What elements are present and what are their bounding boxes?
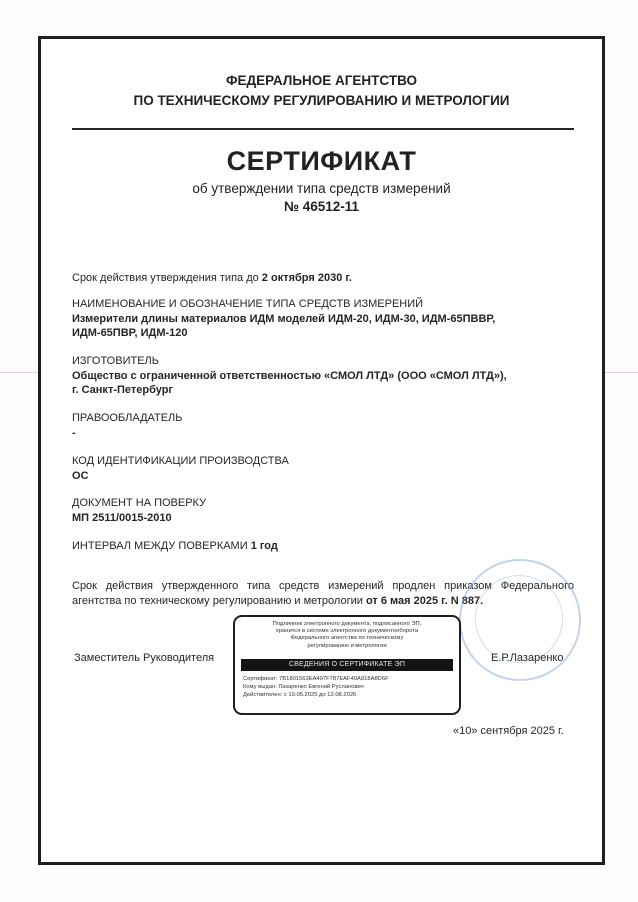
ep-stamp-header: Подлинник электронного документа, подпис… xyxy=(239,621,455,650)
ep-certificate-band: СВЕДЕНИЯ О СЕРТИФИКАТЕ ЭП xyxy=(241,659,453,671)
validity-line: Срок действия утверждения типа до 2 октя… xyxy=(72,271,592,286)
production-code-label: КОД ИДЕНТИФИКАЦИИ ПРОИЗВОДСТВА xyxy=(72,454,592,469)
verification-doc-section: ДОКУМЕНТ НА ПОВЕРКУ МП 2511/0015-2010 xyxy=(72,496,592,525)
ep-validity: Действителен: с 19.05.2025 до 12.08.2026 xyxy=(243,691,455,699)
production-code-value: ОС xyxy=(72,469,592,484)
type-name-value-2: ИДМ-65ПВР, ИДМ-120 xyxy=(72,326,592,341)
rights-holder-section: ПРАВООБЛАДАТЕЛЬ - xyxy=(72,411,592,440)
manufacturer-section: ИЗГОТОВИТЕЛЬ Общество с ограниченной отв… xyxy=(72,354,592,398)
certificate-subtitle: об утверждении типа средств измерений xyxy=(41,181,602,196)
signatory-position: Заместитель Руководителя xyxy=(74,652,214,664)
rights-holder-label: ПРАВООБЛАДАТЕЛЬ xyxy=(72,411,592,426)
certificate-number: № 46512-11 xyxy=(41,199,602,214)
interval-line: ИНТЕРВАЛ МЕЖДУ ПОВЕРКАМИ 1 год xyxy=(72,539,592,554)
signatory-name: Е.Р.Лазаренко xyxy=(491,652,563,664)
interval-label: ИНТЕРВАЛ МЕЖДУ ПОВЕРКАМИ xyxy=(72,540,251,552)
type-name-label: НАИМЕНОВАНИЕ И ОБОЗНАЧЕНИЕ ТИПА СРЕДСТВ … xyxy=(72,297,592,312)
seal-inner-ring xyxy=(475,575,563,663)
interval-value: 1 год xyxy=(251,540,278,552)
ep-issued-to: Кому выдан: Лазаренко Евгений Русланович xyxy=(243,683,455,691)
type-name-value-1: Измерители длины материалов ИДМ моделей … xyxy=(72,312,592,327)
agency-name-line1: ФЕДЕРАЛЬНОЕ АГЕНТСТВО xyxy=(41,71,602,90)
manufacturer-value-1: Общество с ограниченной ответственностью… xyxy=(72,369,592,384)
verification-doc-value: МП 2511/0015-2010 xyxy=(72,511,592,526)
validity-date: 2 октября 2030 г. xyxy=(262,272,352,284)
verification-doc-label: ДОКУМЕНТ НА ПОВЕРКУ xyxy=(72,496,592,511)
certificate-frame: ФЕДЕРАЛЬНОЕ АГЕНТСТВО ПО ТЕХНИЧЕСКОМУ РЕ… xyxy=(38,36,605,865)
ep-certificate-id: Сертификат: 7B1801563EA497F787EAF40A918A… xyxy=(243,675,455,683)
electronic-signature-stamp: Подлинник электронного документа, подпис… xyxy=(233,615,461,715)
agency-name-line2: ПО ТЕХНИЧЕСКОМУ РЕГУЛИРОВАНИЮ И МЕТРОЛОГ… xyxy=(41,91,602,110)
production-code-section: КОД ИДЕНТИФИКАЦИИ ПРОИЗВОДСТВА ОС xyxy=(72,454,592,483)
type-name-section: НАИМЕНОВАНИЕ И ОБОЗНАЧЕНИЕ ТИПА СРЕДСТВ … xyxy=(72,297,592,341)
certificate-title: СЕРТИФИКАТ xyxy=(41,146,602,177)
rights-holder-value: - xyxy=(72,426,592,441)
validity-prefix: Срок действия утверждения типа до xyxy=(72,272,262,284)
manufacturer-label: ИЗГОТОВИТЕЛЬ xyxy=(72,354,592,369)
ep-certificate-details: Сертификат: 7B1801563EA497F787EAF40A918A… xyxy=(243,675,455,699)
issue-date: «10» сентября 2025 г. xyxy=(453,725,564,737)
manufacturer-value-2: г. Санкт-Петербург xyxy=(72,383,592,398)
header-divider xyxy=(72,128,574,130)
